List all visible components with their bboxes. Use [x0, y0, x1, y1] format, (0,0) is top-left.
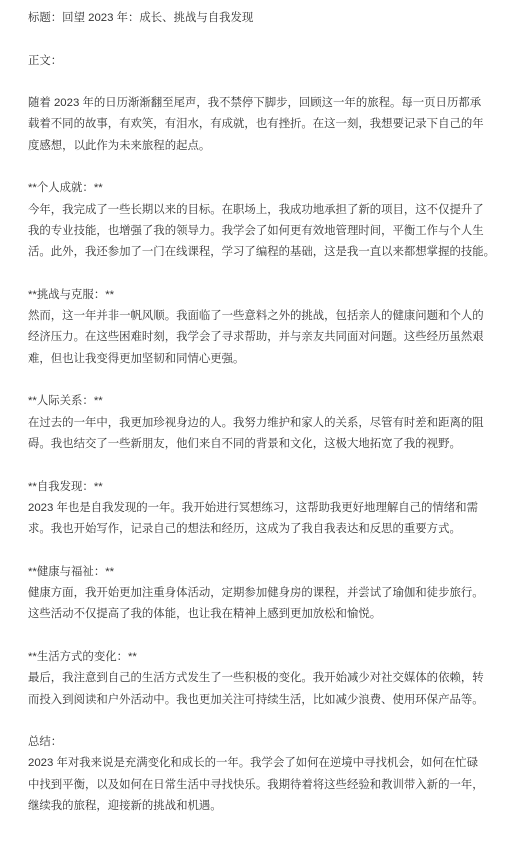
- section-paragraph: 健康方面，我开始更加注重身体活动，定期参加健身房的课程，并尝试了瑜伽和徒步旅行。…: [28, 583, 518, 626]
- section-paragraph: 然而，这一年并非一帆风顺。我面临了一些意料之外的挑战，包括亲人的健康问题和个人的…: [28, 306, 518, 370]
- section-heading: **个人成就：**: [28, 178, 518, 199]
- section-heading: **自我发现：**: [28, 477, 518, 498]
- section-heading: **挑战与克服：**: [28, 285, 518, 306]
- section-challenges-overcome: **挑战与克服：** 然而，这一年并非一帆风顺。我面临了一些意料之外的挑战，包括…: [28, 285, 518, 370]
- section-paragraph: 最后，我注意到自己的生活方式发生了一些积极的变化。我开始减少对社交媒体的依赖，转…: [28, 668, 518, 711]
- section-paragraph: 今年，我完成了一些长期以来的目标。在职场上，我成功地承担了新的项目，这不仅提升了…: [28, 200, 518, 264]
- section-summary: 总结： 2023 年对我来说是充满变化和成长的一年。我学会了如何在逆境中寻找机会…: [28, 732, 518, 817]
- section-personal-achievements: **个人成就：** 今年，我完成了一些长期以来的目标。在职场上，我成功地承担了新…: [28, 178, 518, 263]
- section-heading: **生活方式的变化：**: [28, 647, 518, 668]
- section-paragraph: 在过去的一年中，我更加珍视身边的人。我努力维护和家人的关系，尽管有时差和距离的阻…: [28, 413, 518, 456]
- summary-paragraph: 2023 年对我来说是充满变化和成长的一年。我学会了如何在逆境中寻找机会，如何在…: [28, 753, 518, 817]
- section-paragraph: 2023 年也是自我发现的一年。我开始进行冥想练习，这帮助我更好地理解自己的情绪…: [28, 498, 518, 541]
- section-self-discovery: **自我发现：** 2023 年也是自我发现的一年。我开始进行冥想练习，这帮助我…: [28, 477, 518, 541]
- section-lifestyle-changes: **生活方式的变化：** 最后，我注意到自己的生活方式发生了一些积极的变化。我开…: [28, 647, 518, 711]
- summary-label: 总结：: [28, 732, 518, 753]
- document-body: 标题：回望 2023 年：成长、挑战与自我发现 正文： 随着 2023 年的日历…: [0, 0, 532, 843]
- section-relationships: **人际关系：** 在过去的一年中，我更加珍视身边的人。我努力维护和家人的关系，…: [28, 391, 518, 455]
- body-label: 正文：: [28, 51, 518, 72]
- section-health-wellbeing: **健康与福祉：** 健康方面，我开始更加注重身体活动，定期参加健身房的课程，并…: [28, 562, 518, 626]
- section-heading: **人际关系：**: [28, 391, 518, 412]
- document-title-line: 标题：回望 2023 年：成长、挑战与自我发现: [28, 8, 518, 29]
- section-heading: **健康与福祉：**: [28, 562, 518, 583]
- intro-paragraph: 随着 2023 年的日历渐渐翻至尾声，我不禁停下脚步，回顾这一年的旅程。每一页日…: [28, 93, 518, 157]
